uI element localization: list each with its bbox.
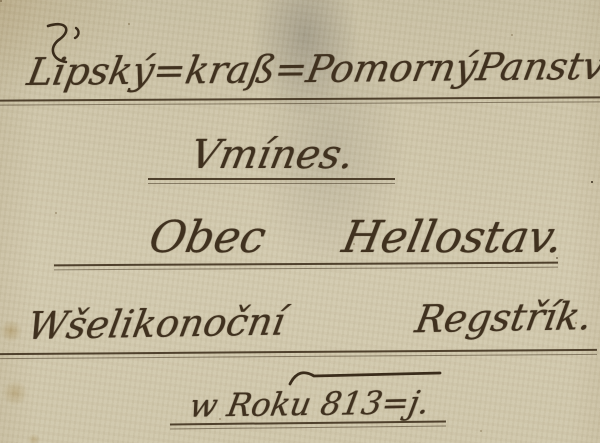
text-line-1: Lipský= kraß= Pomorný Panství — [28, 47, 594, 91]
word: Hellostav. — [339, 216, 567, 260]
text-line-5: w Roku 813=j. — [175, 386, 445, 422]
underline-rule-3 — [54, 262, 558, 271]
word: Panství — [473, 47, 600, 87]
word: w Roku 813=j. — [188, 386, 433, 421]
word: Wšelikonoční — [25, 302, 288, 345]
word: Lipský= — [25, 51, 190, 91]
word: Pomorný — [303, 48, 480, 88]
word: Vmínes. — [187, 135, 357, 175]
text-line-3: Obec Hellostav. — [150, 216, 562, 260]
word: Obec — [146, 216, 269, 260]
underline-rule-4 — [0, 349, 597, 359]
text-line-2: Vmínes. — [150, 135, 395, 175]
text-line-4: Wšelikonoční Regstřík. — [28, 297, 593, 345]
word: Regstřík. — [413, 297, 595, 338]
underline-rule-1 — [0, 96, 600, 105]
paper-speckles — [0, 0, 2, 2]
word: kraß= — [182, 50, 310, 89]
manuscript-page: Lipský= kraß= Pomorný Panství Vmínes. Ob… — [0, 0, 600, 443]
underline-rule-2 — [148, 178, 395, 184]
